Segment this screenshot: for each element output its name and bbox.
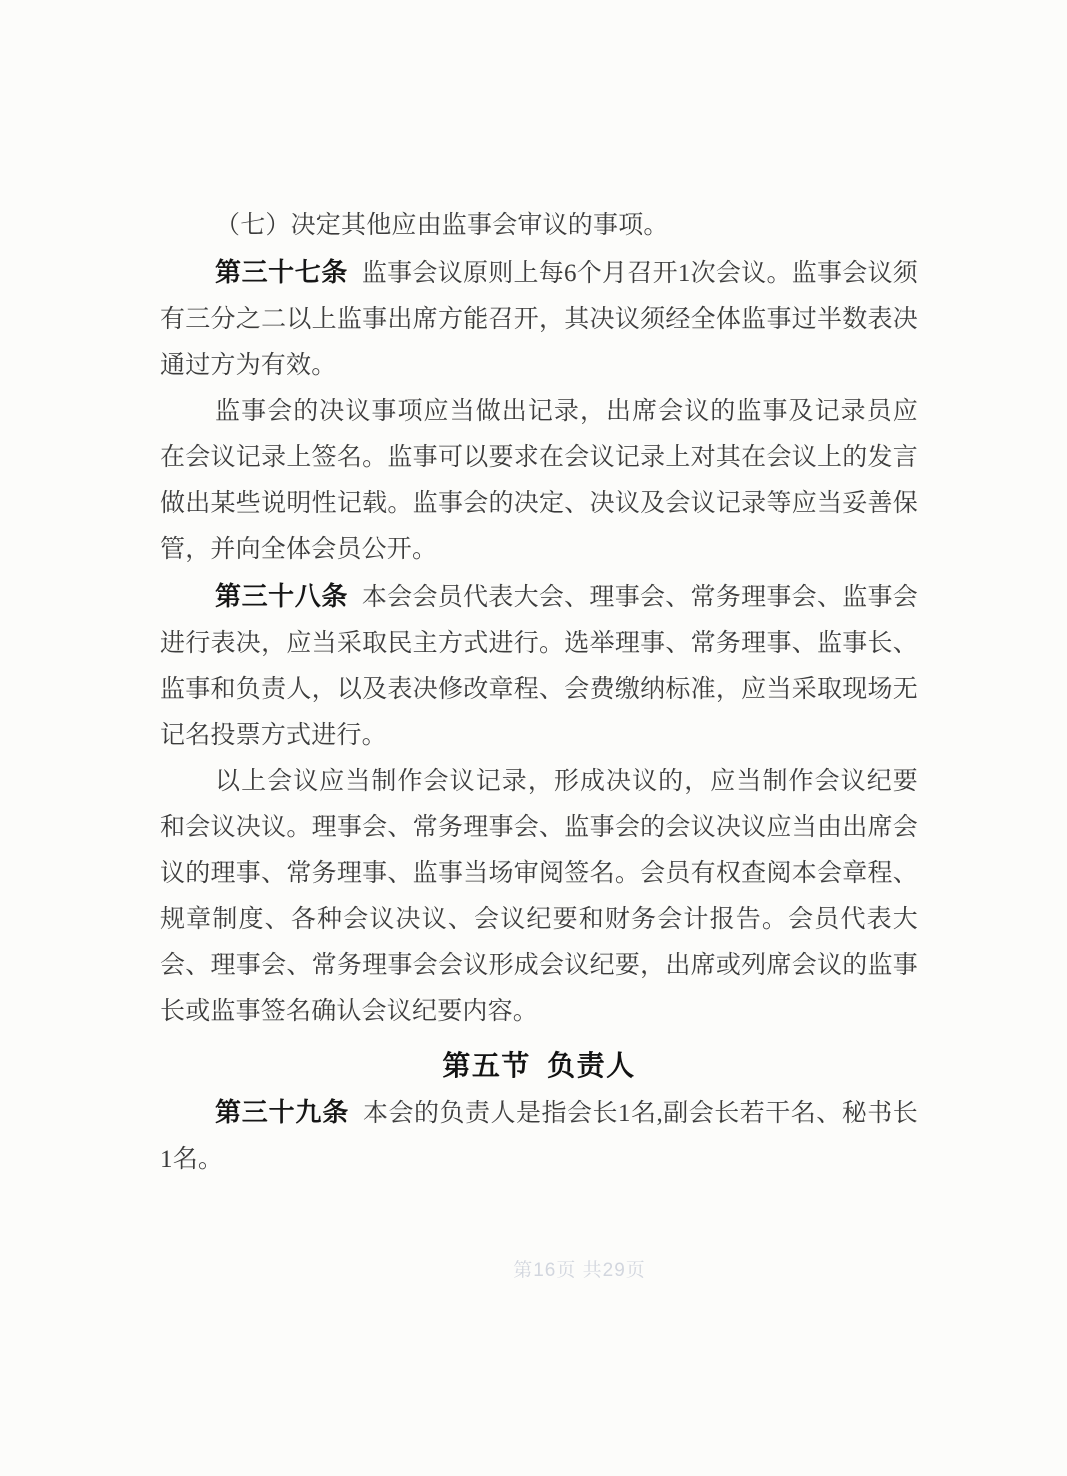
paragraph: 第三十七条监事会议原则上每6个月召开1次会议。监事会议须有三分之二以上监事出席方… [160,249,918,389]
paragraph: （七）决定其他应由监事会审议的事项。 [160,203,918,249]
paragraph: 第三十八条本会会员代表大会、理事会、常务理事会、监事会进行表决，应当采取民主方式… [160,573,918,759]
page-number-footer: 第16页 共29页 [46,1255,1067,1282]
paragraph: 监事会的决议事项应当做出记录，出席会议的监事及记录员应在会议记录上签名。监事可以… [160,389,918,573]
article-number: 第三十七条 [215,257,348,287]
document-body: （七）决定其他应由监事会审议的事项。第三十七条监事会议原则上每6个月召开1次会议… [160,203,918,1183]
article-number: 第三十九条 [215,1097,349,1127]
paragraph: 第三十九条本会的负责人是指会长1名,副会长若干名、秘书长1名。 [160,1089,918,1183]
scanned-document-page: （七）决定其他应由监事会审议的事项。第三十七条监事会议原则上每6个月召开1次会议… [0,0,1067,1476]
section-heading: 第五节 负责人 [160,1043,918,1089]
article-number: 第三十八条 [215,581,348,611]
paragraph: 以上会议应当制作会议记录，形成决议的，应当制作会议纪要和会议决议。理事会、常务理… [160,759,918,1035]
